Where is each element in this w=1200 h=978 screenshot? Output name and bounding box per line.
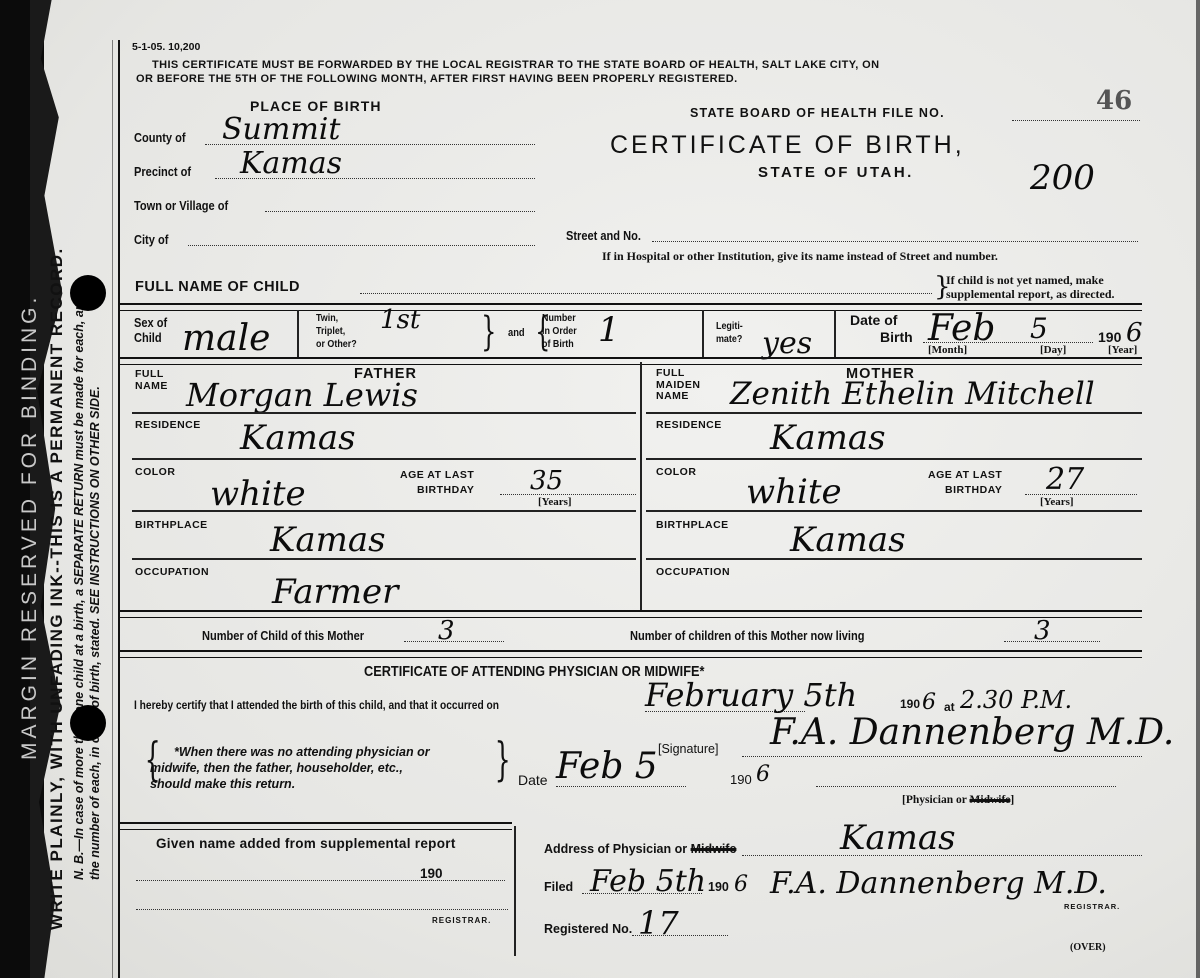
mother-residence-value[interactable]: Kamas [770,418,886,458]
sex-label-line1: Sex of [134,315,167,330]
twin-brace: } [481,309,496,355]
occurred-date[interactable]: February 5th [645,676,857,714]
month-caption: [Month] [928,344,967,356]
footnote-line2: midwife, then the father, householder, e… [150,761,403,775]
order-label: Number In Order of Birth [542,312,577,351]
mother-birthplace-rule [646,558,1142,560]
unnamed-note-line2: supplemental report, as directed. [946,287,1115,302]
rule-above-physician [120,650,1142,658]
mother-occupation-label: OCCUPATION [656,566,730,578]
margin-border-line [118,40,120,978]
file-no-label: STATE BOARD OF HEALTH FILE NO. [690,106,945,120]
mother-name-label-line3: NAME [656,390,689,402]
unnamed-note-line1: If child is not yet named, make [946,273,1104,288]
dob-year-prefix: 190 [1098,329,1121,345]
father-color-rule [132,510,636,512]
city-label: City of [134,232,168,247]
father-years-caption: [Years] [538,496,572,508]
father-residence-value[interactable]: Kamas [240,418,356,458]
twin-label-line2: Triplet, [316,325,345,337]
living-value[interactable]: 3 [1034,616,1051,646]
father-residence-rule [132,458,636,460]
rule-below-child-row [120,357,1142,365]
date-label: Date [518,772,548,788]
registered-no-value[interactable]: 17 [638,904,679,942]
punch-hole-bottom [70,705,106,741]
file-no-dots [1012,120,1140,121]
rule-above-supplemental [120,822,512,830]
date-value[interactable]: Feb 5 [556,746,658,787]
nb-note-line2: the number of each, in order of birth, s… [88,386,102,880]
child-name-label: FULL NAME OF CHILD [135,279,300,295]
father-occupation-label: OCCUPATION [135,566,209,578]
child-name-dots[interactable] [360,293,932,294]
filed-date[interactable]: Feb 5th [590,864,706,899]
filed-year-prefix: 190 [708,880,729,894]
year-caption: [Year] [1108,344,1137,356]
child-number-label: Number of Child of this Mother [202,628,364,643]
occurred-time[interactable]: 2.30 P.M. [960,686,1072,714]
divider-supplemental [514,826,516,956]
divider-father-mother [640,362,642,612]
mother-residence-label: RESIDENCE [656,419,722,431]
mother-name-label-line1: FULL [656,367,685,379]
margin-border-line-inner [112,40,113,978]
supplemental-year-prefix: 190 [420,866,443,881]
forwarding-notice-line1: THIS CERTIFICATE MUST BE FORWARDED BY TH… [152,58,879,73]
dob-label-line2: Birth [850,329,913,345]
mother-residence-rule [646,458,1142,460]
precinct-value[interactable]: Kamas [240,146,342,181]
date-year-prefix: 190 [730,772,752,787]
hospital-note: If in Hospital or other Institution, giv… [602,249,998,264]
dob-label: Date of Birth [850,312,913,346]
filed-label: Filed [544,880,573,894]
sex-value[interactable]: male [182,318,270,359]
street-label: Street and No. [566,228,641,243]
father-color-value[interactable]: white [210,474,306,514]
certificate-title: CERTIFICATE OF BIRTH, [610,131,965,160]
address-value[interactable]: Kamas [840,818,956,858]
nb-note-line1: N. B.—In case of more than one child at … [72,295,86,880]
footnote-line3: should make this return. [150,777,295,791]
father-birthplace-rule [132,558,636,560]
day-caption: [Day] [1040,344,1066,356]
legit-label: Legiti- mate? [716,320,743,346]
mother-color-rule [646,510,1142,512]
footnote: *When there was no attending physician o… [150,744,430,792]
supplemental-registrar-caption: REGISTRAR. [432,916,491,925]
handwritten-number: 200 [1030,158,1095,198]
twin-label: Twin, Triplet, or Other? [316,312,357,351]
mother-name-label: FULL MAIDEN NAME [656,368,700,403]
order-label-line2: In Order [542,325,577,337]
father-occupation-value[interactable]: Farmer [272,572,398,612]
father-age-label-line1: AGE AT LAST [400,469,474,481]
mother-years-caption: [Years] [1040,496,1074,508]
county-value[interactable]: Summit [222,112,340,147]
filed-year-suffix[interactable]: 6 [734,872,748,897]
dob-day[interactable]: 5 [1030,312,1048,345]
signature-value[interactable]: F.A. Dannenberg M.D. [770,712,1174,753]
filing-registrar-caption: REGISTRAR. [1064,902,1120,911]
form-serial: 5-1-05. 10,200 [132,41,200,53]
father-name-label-line2: NAME [135,380,168,392]
address-label: Address of Physician or Midwife [544,842,736,856]
twin-label-line1: Twin, [316,312,338,324]
date-year-suffix[interactable]: 6 [756,762,770,787]
mother-age-label: AGE AT LAST BIRTHDAY [928,468,1002,498]
mother-name-rule [646,412,1142,414]
mother-birthplace-value[interactable]: Kamas [790,520,906,560]
rule-below-parents [120,610,1142,618]
forwarding-notice-line2: OR BEFORE THE 5TH OF THE FOLLOWING MONTH… [136,72,738,87]
father-name-rule [132,412,636,414]
divider-sex-twin [297,310,299,358]
father-residence-label: RESIDENCE [135,419,201,431]
margin-reserved-text: MARGIN RESERVED FOR BINDING. [18,294,42,760]
legit-value[interactable]: yes [762,326,812,361]
mother-name-label-line2: MAIDEN [656,379,700,391]
county-label: County of [134,130,186,145]
role-caption: [Physician or Midwife] [902,794,1014,806]
registered-no-label: Registered No. [544,922,632,936]
punch-hole-top [70,275,106,311]
footnote-line1: *When there was no attending physician o… [150,745,430,759]
father-birthplace-label: BIRTHPLACE [135,519,208,531]
mother-age-label-line2: BIRTHDAY [945,484,1002,496]
divider-order-legit [702,310,704,358]
father-name-label-line1: FULL [135,368,164,380]
living-dots [1004,641,1100,642]
sex-label: Sex of Child [134,315,167,345]
father-color-label: COLOR [135,466,175,478]
father-name-label: FULL NAME [135,368,168,392]
filed-signature[interactable]: F.A. Dannenberg M.D. [770,866,1107,901]
dob-month[interactable]: Feb [928,308,995,349]
supplemental-year-dots[interactable] [455,880,505,881]
legit-label-line2: mate? [716,333,742,345]
order-value[interactable]: 1 [598,310,620,350]
mother-name-value[interactable]: Zenith Ethelin Mitchell [730,376,1095,412]
physician-role-dots [816,786,1116,787]
father-age-label: AGE AT LAST BIRTHDAY [400,468,474,498]
role-caption-struck: Midwife [970,794,1011,806]
father-birthplace-value[interactable]: Kamas [270,520,386,560]
mother-birthplace-label: BIRTHPLACE [656,519,729,531]
dob-label-line1: Date of [850,312,897,328]
divider-legit-dob [834,310,836,358]
footnote-brace-right: } [495,732,511,786]
city-dots[interactable] [188,245,535,246]
child-number-value[interactable]: 3 [438,616,455,646]
and-label: and [508,327,525,339]
certify-text: I hereby certify that I attended the bir… [134,698,499,712]
mother-color-label: COLOR [656,466,696,478]
signature-dots [742,756,1142,757]
supplemental-registrar-dots[interactable] [136,909,508,910]
street-dots[interactable] [652,241,1138,242]
certificate-subtitle: STATE OF UTAH. [758,164,914,181]
father-age-value[interactable]: 35 [530,466,563,496]
supplemental-name-dots[interactable] [136,880,456,881]
address-label-struck: Midwife [691,842,737,856]
twin-label-line3: or Other? [316,338,357,350]
father-age-dots [500,494,636,495]
father-age-label-line2: BIRTHDAY [417,484,474,496]
right-edge-shadow [1196,0,1200,978]
mother-age-label-line1: AGE AT LAST [928,469,1002,481]
living-label: Number of children of this Mother now li… [630,628,865,643]
address-label-prefix: Address of Physician or [544,842,691,856]
supplemental-heading: Given name added from supplemental repor… [156,836,456,851]
sex-label-line2: Child [134,330,162,345]
role-caption-suffix: ] [1010,794,1014,806]
legit-label-line1: Legiti- [716,320,743,332]
precinct-label: Precinct of [134,164,191,179]
order-label-line1: Number [542,312,576,324]
over-label: (OVER) [1070,942,1106,953]
certificate-paper [0,0,1200,978]
town-label: Town or Village of [134,198,228,213]
mother-age-value[interactable]: 27 [1046,462,1084,497]
twin-value[interactable]: 1st [380,305,420,335]
town-dots[interactable] [265,211,535,212]
occurred-year-prefix: 190 [900,697,920,711]
mother-color-value[interactable]: white [746,472,842,512]
father-name-value[interactable]: Morgan Lewis [186,376,418,414]
write-plainly-text: WRITE PLAINLY, WITH UNFADING INK--THIS I… [47,247,67,930]
role-caption-prefix: [Physician or [902,794,970,806]
file-no-value: 46 [1096,86,1132,116]
signature-label: [Signature] [658,742,718,756]
order-label-line3: of Birth [542,338,574,350]
